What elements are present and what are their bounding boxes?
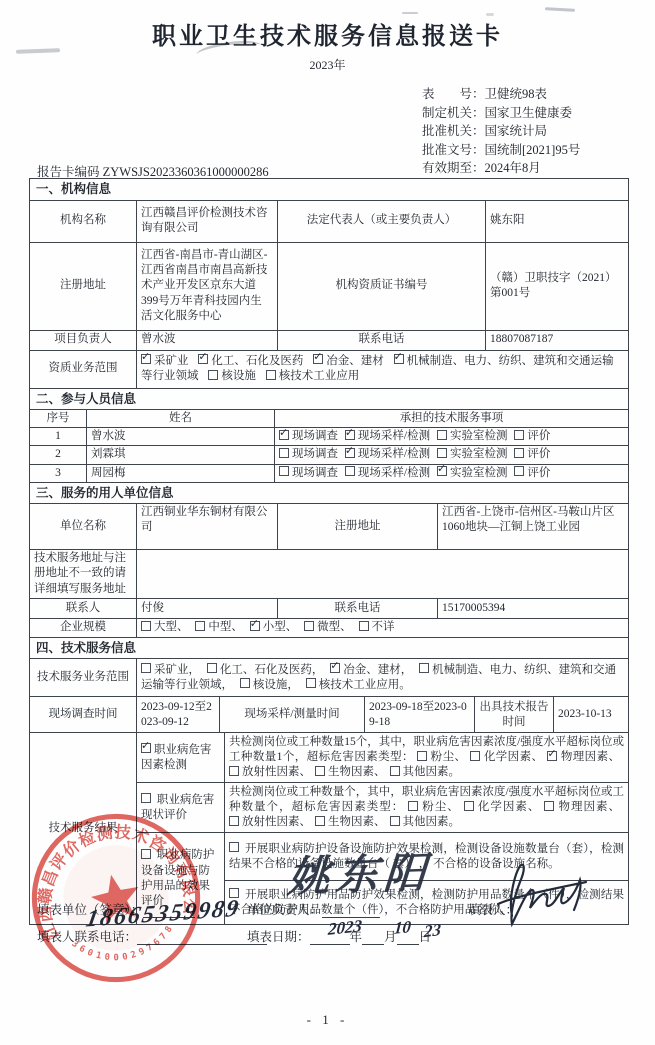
pm-label: 项目负责人 <box>30 330 137 350</box>
checkbox-size-large: 大型、 <box>141 621 189 633</box>
service-scope-label: 技术服务业务范围 <box>30 659 137 697</box>
person-name: 刘霖琪 <box>87 446 275 464</box>
checkbox-dust: 粉尘、 <box>417 751 466 763</box>
checkbox-icon <box>419 663 429 673</box>
contact-label: 联系人 <box>30 598 137 618</box>
checkbox-sampling: 现场采样/检测 <box>345 467 430 479</box>
head-blank <box>322 904 380 918</box>
checkbox-sampling: 现场采样/检测 <box>345 448 430 460</box>
result-detect-option: 职业病危害因素检测 <box>137 733 225 783</box>
person-services: 现场调查 现场采样/检测 实验室检测 评价 <box>275 464 629 482</box>
person-no: 2 <box>30 446 87 464</box>
checkbox-icon <box>345 466 355 476</box>
unit-phone-label: 联系电话 <box>278 598 438 618</box>
checkbox-icon <box>279 448 289 458</box>
checkbox-physical-factor: 物理因素、 <box>544 801 620 813</box>
checkbox-icon <box>195 621 205 631</box>
org-name-label: 机构名称 <box>30 200 137 242</box>
checkbox-mining: 采矿业 <box>141 355 189 367</box>
checkbox-icon <box>304 621 314 631</box>
unit-name-label: 单位名称 <box>30 504 137 550</box>
reg-addr-value: 江西省-南昌市-青山湖区-江西省南昌市南昌高新技术产业开发区京东大道399号万年… <box>137 242 278 330</box>
service-addr-value <box>137 550 629 599</box>
page-number: - 1 - <box>0 1012 655 1028</box>
checkbox-lab-test: 实验室检测 <box>437 430 508 442</box>
sampling-time-label: 现场采样/测量时间 <box>220 697 365 733</box>
checkbox-icon <box>464 801 474 811</box>
result-detect-text: 共检测岗位或工种数量15个，其中，职业病危害因素浓度/强度水平超标岗位或工种数量… <box>225 733 629 783</box>
person-row: 2 刘霖琪 现场调查 现场采样/检测 实验室检测 评价 <box>30 446 629 464</box>
scan-smudge <box>545 7 575 12</box>
checkbox-mining: 采矿业， <box>141 664 200 676</box>
checkbox-icon <box>470 751 480 761</box>
enterprise-size-label: 企业规模 <box>30 618 137 637</box>
person-row: 3 周园梅 现场调查 现场采样/检测 实验室检测 评价 <box>30 464 629 482</box>
checkbox-icon <box>345 448 355 458</box>
checkbox-icon <box>207 663 217 673</box>
org-name-value: 江西赣昌评价检测技术咨询有限公司 <box>137 200 278 242</box>
checkbox-sampling: 现场采样/检测 <box>345 430 430 442</box>
legal-rep-label: 法定代表人（或主要负责人） <box>278 200 486 242</box>
pm-phone-label: 联系电话 <box>278 330 486 350</box>
checkbox-size-unknown: 不详 <box>359 621 395 633</box>
checkbox-lab-test: 实验室检测 <box>437 448 508 460</box>
report-time-value: 2023-10-13 <box>554 697 629 733</box>
contact-value: 付俊 <box>137 598 278 618</box>
legal-rep-value: 姚东阳 <box>486 200 629 242</box>
date-month-blank <box>362 931 384 945</box>
checkbox-icon <box>544 801 554 811</box>
scan-smudge <box>402 12 418 14</box>
checkbox-other-factor: 其他因素。 <box>390 766 461 778</box>
date-year-handwriting: 2023 <box>327 916 362 940</box>
checkbox-icon <box>408 801 418 811</box>
checkbox-nuclear-facility: 核设施， <box>240 679 299 691</box>
checkbox-icon <box>514 466 524 476</box>
reg-addr-label: 注册地址 <box>30 242 137 330</box>
checkbox-icon <box>547 751 557 761</box>
checkbox-site-survey: 现场调查 <box>279 448 338 460</box>
person-no: 3 <box>30 464 87 482</box>
unit-addr-label: 注册地址 <box>278 504 438 550</box>
checkbox-size-micro: 微型、 <box>304 621 352 633</box>
col-header-no: 序号 <box>30 410 87 428</box>
qual-scope-label: 资质业务范围 <box>30 350 137 388</box>
section4-times-table: 现场调查时间 2023-09-12至2023-09-12 现场采样/测量时间 2… <box>29 696 629 733</box>
enterprise-size-options: 大型、 中型、 小型、 微型、 不详 <box>137 618 629 637</box>
meta-valid-until: 有效期至：2024年8月 <box>422 159 580 178</box>
checkbox-site-survey: 现场调查 <box>279 467 338 479</box>
checkbox-icon <box>313 354 323 364</box>
company-stamp: 江西赣昌评价检测技术咨询有限公司 3601000297678 <box>15 797 217 999</box>
checkbox-icon <box>279 466 289 476</box>
checkbox-icon <box>390 766 400 776</box>
checkbox-radioactive-factor: 放射性因素、 <box>229 816 311 828</box>
page-title: 职业卫生技术服务信息报送卡 <box>0 16 655 51</box>
checkbox-icon <box>359 621 369 631</box>
checkbox-chemical-factor: 化学因素、 <box>470 751 543 763</box>
checkbox-lab-test: 实验室检测 <box>437 467 508 479</box>
checkbox-icon <box>315 766 325 776</box>
checkbox-icon <box>279 430 289 440</box>
survey-time-label: 现场调查时间 <box>30 697 137 733</box>
col-header-services: 承担的技术服务事项 <box>275 410 629 428</box>
checkbox-other-factor: 其他因素。 <box>390 816 461 828</box>
survey-time-value: 2023-09-12至2023-09-12 <box>137 697 220 733</box>
checkbox-icon <box>229 766 239 776</box>
checkbox-icon <box>437 430 447 440</box>
section2-table: 二、参与人员信息 序号 姓名 承担的技术服务事项 1 曾水波 现场调查 现场采样… <box>29 388 629 483</box>
person-name: 周园梅 <box>87 464 275 482</box>
section1-table: 一、机构信息 机构名称 江西赣昌评价检测技术咨询有限公司 法定代表人（或主要负责… <box>29 178 629 389</box>
checkbox-metallurgy: 冶金、建材， <box>330 664 412 676</box>
person-name: 曾水波 <box>87 428 275 446</box>
section3-title: 三、服务的用人单位信息 <box>30 482 629 504</box>
checkbox-icon <box>315 816 325 826</box>
checkbox-chemical: 化工、石化及医药， <box>207 664 324 676</box>
col-header-name: 姓名 <box>87 410 275 428</box>
service-scope-checkboxes: 采矿业， 化工、石化及医药， 冶金、建材， 机械制造、电力、纺织、建筑和交通运输… <box>137 659 629 697</box>
checkbox-dust: 粉尘、 <box>408 801 460 813</box>
checkbox-icon <box>229 842 239 852</box>
person-no: 1 <box>30 428 87 446</box>
qual-scope-checkboxes: 采矿业 化工、石化及医药 冶金、建材 机械制造、电力、纺织、建筑和交通运输等行业… <box>137 350 629 388</box>
meta-approval-number: 批准文号：国统制[2021]95号 <box>422 141 580 160</box>
checkbox-icon <box>390 816 400 826</box>
checkbox-chemical: 化工、石化及医药 <box>198 355 303 367</box>
section2-title: 二、参与人员信息 <box>30 388 629 410</box>
unit-addr-value: 江西省-上饶市-信州区-马鞍山片区1060地块—江铜上饶工业园 <box>438 504 629 550</box>
unit-name-value: 江西铜业华东铜材有限公司 <box>137 504 278 550</box>
pm-value: 曾水波 <box>137 330 278 350</box>
checkbox-icon <box>266 370 276 380</box>
checkbox-size-medium: 中型、 <box>195 621 243 633</box>
checkbox-icon <box>141 621 151 631</box>
checkbox-icon <box>208 370 218 380</box>
checkbox-icon <box>306 678 316 688</box>
checkbox-size-small: 小型、 <box>250 621 298 633</box>
cert-no-value: （赣）卫职技字（2021）第001号 <box>486 242 629 330</box>
unit-phone-value: 15170005394 <box>438 598 629 618</box>
meta-form-number: 表 号：卫健统98表 <box>422 85 580 104</box>
checkbox-icon <box>198 354 208 364</box>
section4-title: 四、技术服务信息 <box>30 637 629 659</box>
section1-title: 一、机构信息 <box>30 179 629 201</box>
date-month-handwriting: 10 <box>393 917 412 939</box>
checkbox-icon <box>514 448 524 458</box>
checkbox-icon <box>141 354 151 364</box>
checkbox-icon <box>417 751 427 761</box>
checkbox-site-survey: 现场调查 <box>279 430 338 442</box>
checkbox-physical-factor: 物理因素、 <box>547 751 620 763</box>
person-services: 现场调查 现场采样/检测 实验室检测 评价 <box>275 446 629 464</box>
checkbox-radioactive-factor: 放射性因素、 <box>229 766 311 778</box>
checkbox-icon <box>345 430 355 440</box>
result-assess-text: 共检测岗位或工种数量个，其中，职业病危害因素浓度/强度水平超标岗位或工种数量个，… <box>225 783 629 833</box>
checkbox-evaluation: 评价 <box>514 448 550 460</box>
checkbox-icon <box>437 466 447 476</box>
form-meta-block: 表 号：卫健统98表 制定机关：国家卫生健康委 批准机关：国家统计局 批准文号：… <box>422 85 580 178</box>
checkbox-biological-factor: 生物因素、 <box>315 816 386 828</box>
checkbox-icon <box>141 793 151 803</box>
checkbox-icon <box>514 430 524 440</box>
checkbox-icon <box>141 663 151 673</box>
checkbox-biological-factor: 生物因素、 <box>315 766 386 778</box>
cert-no-label: 机构资质证书编号 <box>278 242 486 330</box>
checkbox-icon <box>240 678 250 688</box>
checkbox-icon <box>394 354 404 364</box>
meta-issuing-authority: 制定机关：国家卫生健康委 <box>422 104 580 123</box>
date-day-handwriting: 23 <box>424 920 442 943</box>
checkbox-icon <box>229 816 239 826</box>
pm-phone-value: 18807087187 <box>486 330 629 350</box>
person-row: 1 曾水波 现场调查 现场采样/检测 实验室检测 评价 <box>30 428 629 446</box>
checkbox-icon <box>141 743 151 753</box>
checkbox-nuclear-facility: 核设施 <box>208 370 256 382</box>
filler-signature <box>486 852 594 932</box>
checkbox-nuclear-industry: 核技术工业应用 <box>266 370 360 382</box>
checkbox-nuclear-industry: 核技术工业应用。 <box>306 679 411 691</box>
sampling-time-value: 2023-09-18至2023-09-18 <box>365 697 475 733</box>
person-services: 现场调查 现场采样/检测 实验室检测 评价 <box>275 428 629 446</box>
checkbox-icon <box>330 663 340 673</box>
checkbox-evaluation: 评价 <box>514 430 550 442</box>
meta-approving-authority: 批准机关：国家统计局 <box>422 122 580 141</box>
section4-scope-table: 四、技术服务信息 技术服务业务范围 采矿业， 化工、石化及医药， 冶金、建材， … <box>29 637 629 698</box>
section3-table: 三、服务的用人单位信息 单位名称 江西铜业华东铜材有限公司 注册地址 江西省-上… <box>29 482 629 638</box>
checkbox-evaluation: 评价 <box>514 467 550 479</box>
checkbox-icon <box>250 621 260 631</box>
checkbox-metallurgy: 冶金、建材 <box>313 355 384 367</box>
report-time-label: 出具技术报告时间 <box>475 697 554 733</box>
report-year: 2023年 <box>0 56 655 73</box>
checkbox-chemical-factor: 化学因素、 <box>464 801 541 813</box>
service-addr-label: 技术服务地址与注册地址不一致的请详细填写服务地址 <box>30 550 137 599</box>
checkbox-icon <box>437 448 447 458</box>
head-signature-handwriting: 姚东阳 <box>286 839 434 904</box>
report-card-page: 职业卫生技术服务信息报送卡 2023年 表 号：卫健统98表 制定机关：国家卫生… <box>0 0 655 1045</box>
